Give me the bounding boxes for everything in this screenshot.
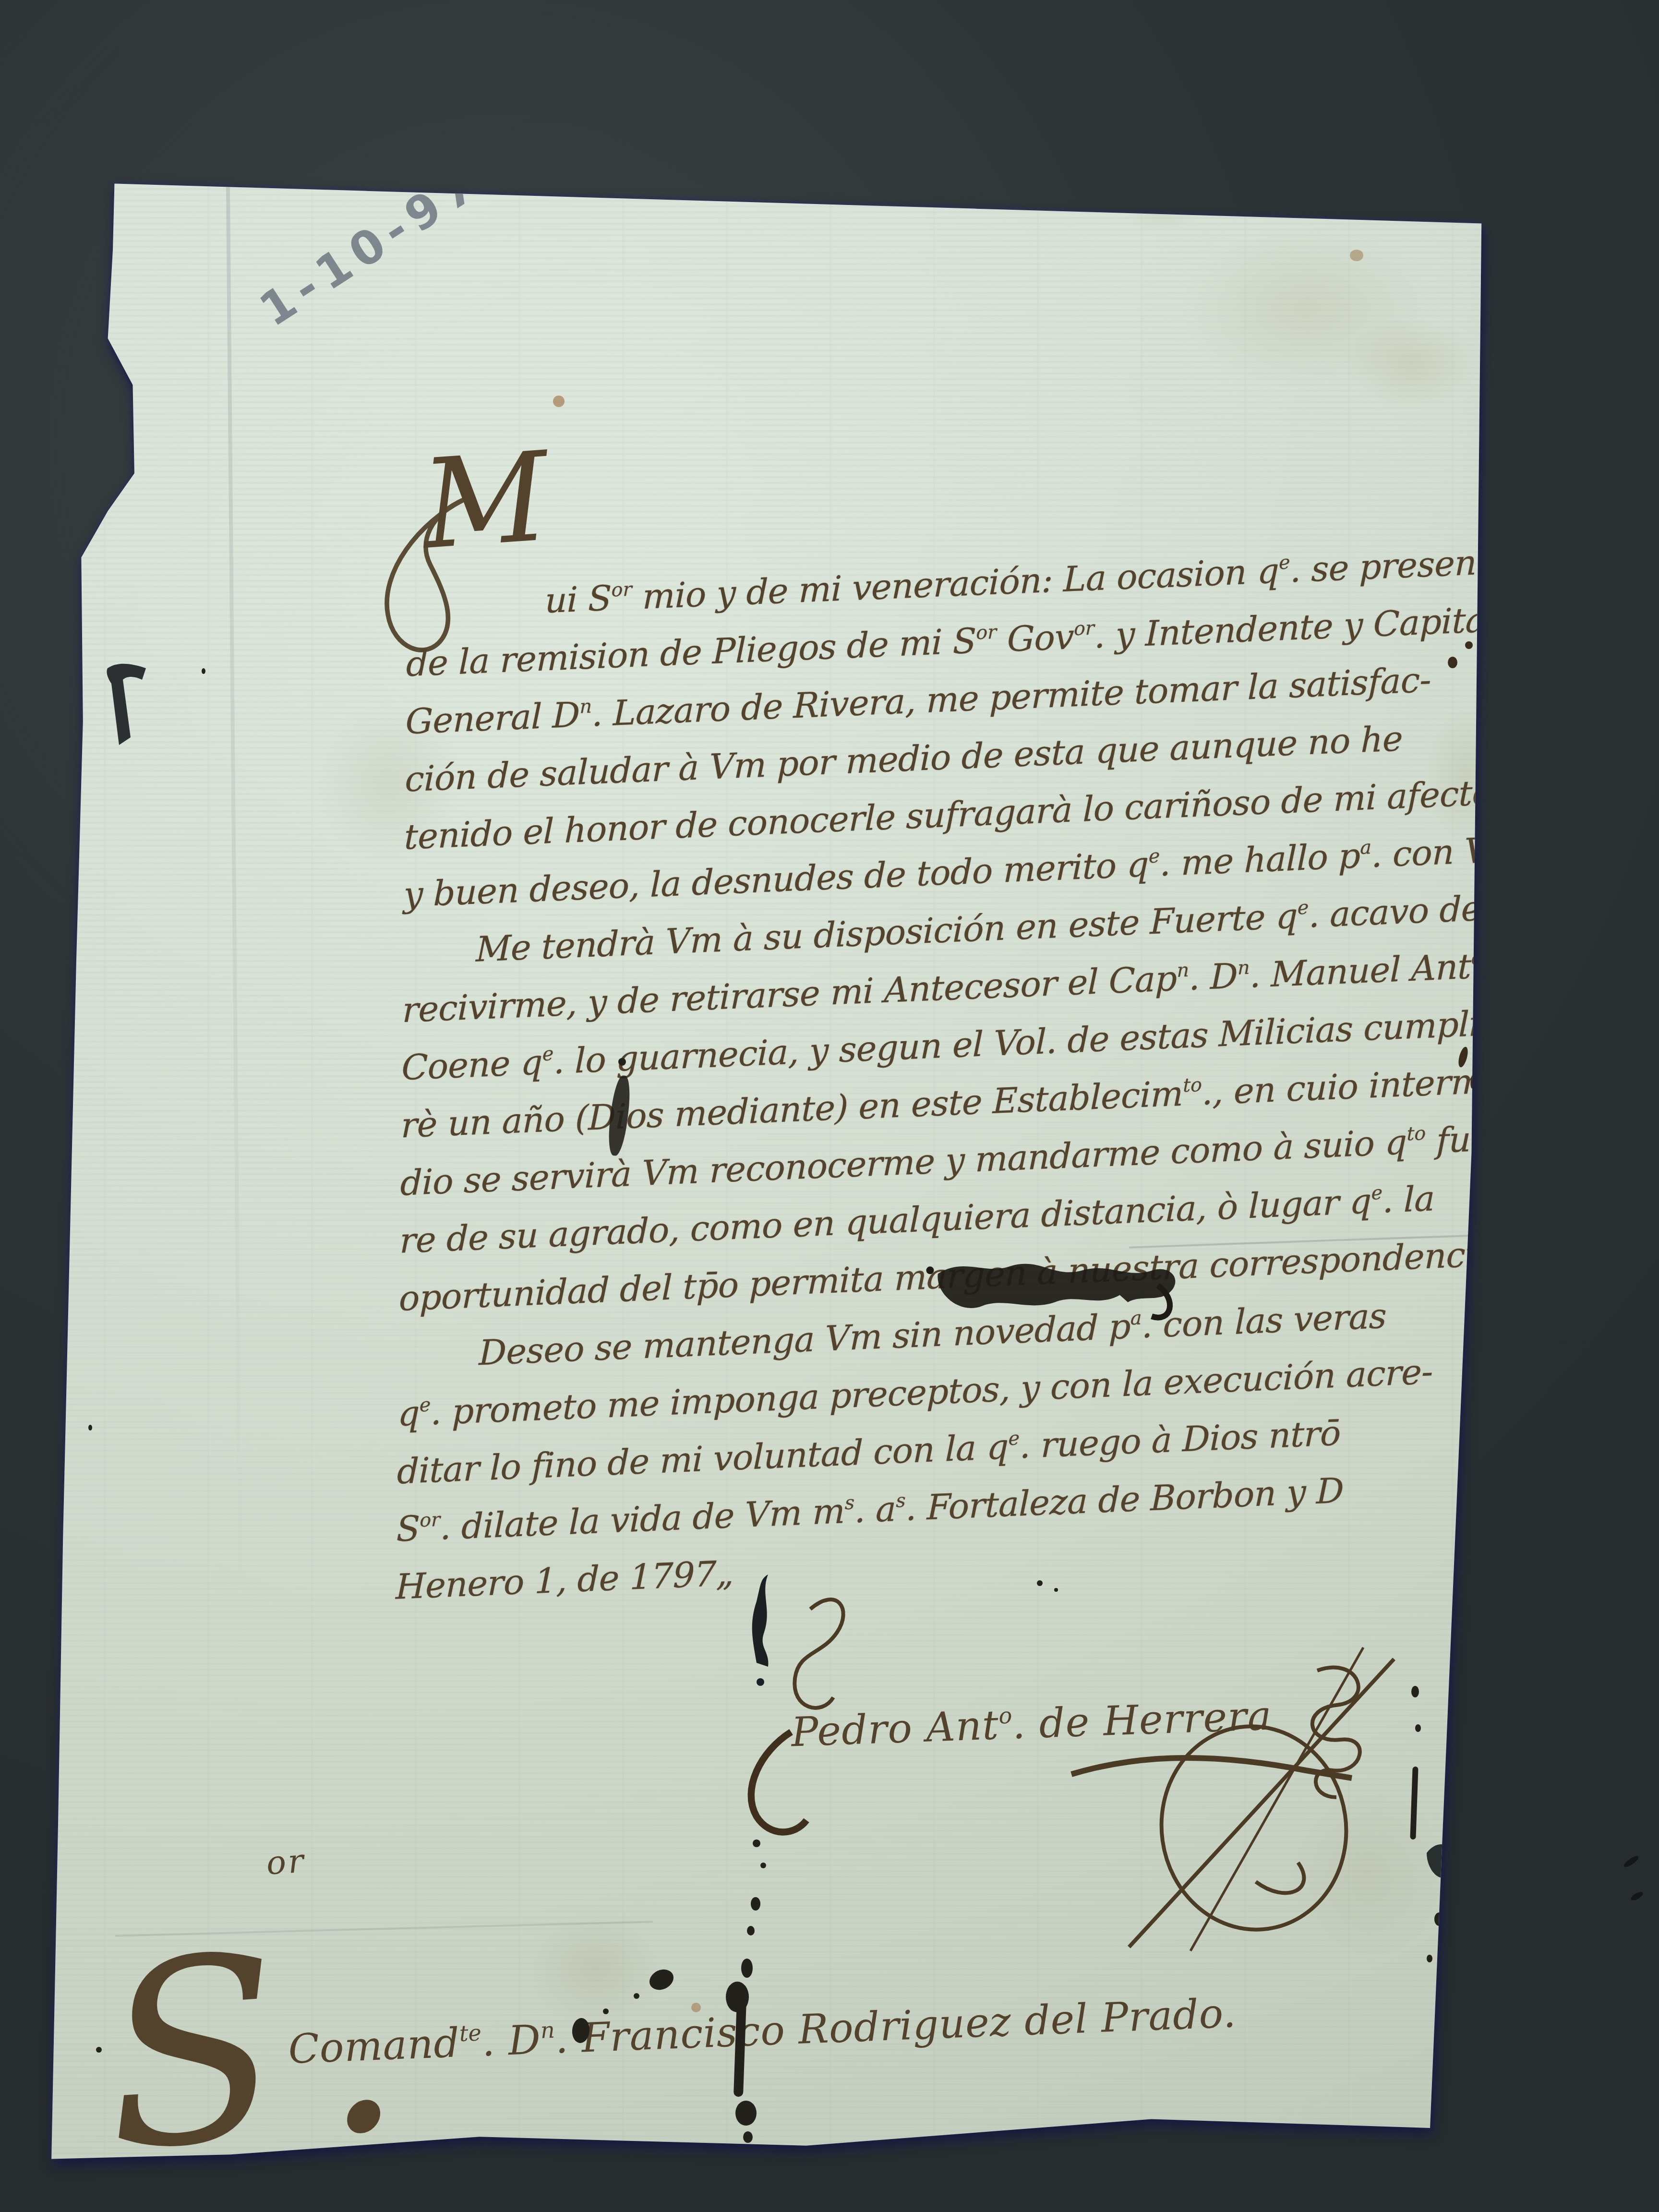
ink-drip [1434,1912,1444,1926]
ink-speck [603,2008,609,2014]
ink-speck [88,1425,92,1431]
ink-speck [202,668,205,674]
ink-drip [1427,1955,1432,1962]
letter-paper: 1-10-97 M ui Sor mio y de mi veneración:… [0,0,1659,2212]
initial-letter: M [418,437,552,569]
closing-flourish-icon [726,1567,860,1845]
paper-shadow-wrap: 1-10-97 M ui Sor mio y de mi veneración:… [0,0,1659,2212]
manuscript-line: Henero 1, de 1797„ [396,1552,734,1612]
ink-drip [741,1959,753,1978]
ink-drip [726,1982,749,2012]
ink-blot [1448,657,1457,668]
signature-pedro-herrera: Pedro Anto. de Herrera [791,1693,1273,1756]
photo-viewport: 1-10-97 M ui Sor mio y de mi veneración:… [0,0,1659,2212]
ink-drip [747,1926,755,1935]
ink-drip [743,2131,753,2143]
ink-blot [104,661,154,749]
photo-backdrop: 1-10-97 M ui Sor mio y de mi veneración:… [0,0,1659,2212]
ink-speck [96,2047,102,2053]
ink-drip [1410,1767,1418,1839]
ink-blot [1037,1580,1043,1586]
signature-rubric-icon [1071,1636,1427,1959]
stain [1344,317,1479,409]
letter-body: ui Sor mio y de mi veneración: La ocasio… [407,539,1558,586]
ink-drip [1411,1686,1419,1697]
rust-speck [1350,250,1363,261]
ink-blot [1054,1588,1058,1592]
ink-blot [1419,1834,1484,1899]
stain [1123,182,1200,232]
stain [1290,1786,1444,1959]
stain [528,1911,662,2026]
fold-crease [226,184,246,2066]
ink-blot [646,1966,677,1994]
rust-speck [553,396,565,407]
stain [1181,227,1431,390]
ink-drip [760,1863,766,1868]
ink-drip [1415,1724,1421,1732]
ink-drip [735,2101,757,2126]
ink-drip [753,1839,760,1847]
archival-date-note: 1-10-97 [251,155,492,337]
addressee-honorific: Sor. [93,1856,408,2187]
ink-drip [751,1897,760,1911]
ink-speck [634,1993,639,1999]
initial-flourish-M: M [365,461,576,657]
addressee-name-line: Comandte. Dn. Francisco Rodriguez del Pr… [288,1990,1237,2073]
